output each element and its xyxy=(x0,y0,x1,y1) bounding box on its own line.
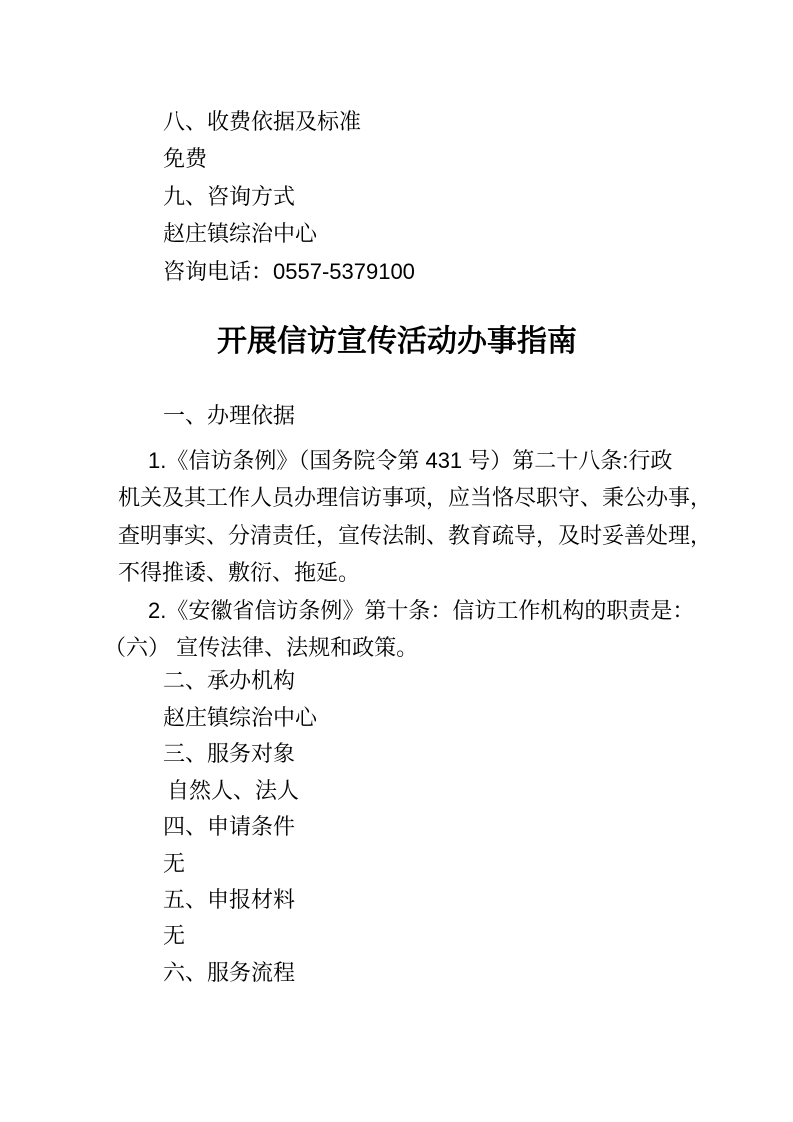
audience-heading: 三、服务对象 xyxy=(118,736,687,772)
process-heading: 六、服务流程 xyxy=(118,955,687,991)
basis-item2-paragraph: 2.《安徽省信访条例》第十条：信访工作机构的职责是： （六） 宣传法律、法规和政… xyxy=(118,592,687,667)
consult-method-heading: 九、咨询方式 xyxy=(118,178,687,215)
basis-item2-line2: （六） 宣传法律、法规和政策。 xyxy=(104,629,687,666)
basis-item1-line4: 不得推诿、敷衍、拖延。 xyxy=(118,554,687,591)
basis-item2-line1: 2.《安徽省信访条例》第十条：信访工作机构的职责是： xyxy=(118,592,687,629)
agency-value: 赵庄镇综治中心 xyxy=(118,700,687,736)
condition-value: 无 xyxy=(118,846,687,882)
document-content: 八、收费依据及标准 免费 九、咨询方式 赵庄镇综治中心 咨询电话：0557-53… xyxy=(0,0,793,991)
page-title: 开展信访宣传活动办事指南 xyxy=(107,320,687,364)
basis-heading: 一、办理依据 xyxy=(118,397,687,434)
condition-heading: 四、申请条件 xyxy=(118,809,687,845)
fee-value: 免费 xyxy=(118,140,687,177)
agency-heading: 二、承办机构 xyxy=(118,663,687,699)
fee-basis-heading: 八、收费依据及标准 xyxy=(118,103,687,140)
basis-item1-paragraph: 1.《信访条例》（国务院令第 431 号）第二十八条:行政 机关及其工作人员办理… xyxy=(118,442,687,592)
basis-item1-line3: 查明事实、分清责任，宣传法制、教育疏导，及时妥善处理， xyxy=(118,517,687,554)
materials-heading: 五、申报材料 xyxy=(118,882,687,918)
materials-value: 无 xyxy=(118,918,687,954)
audience-value: 自然人、法人 xyxy=(118,773,687,809)
basis-item1-line1: 1.《信访条例》（国务院令第 431 号）第二十八条:行政 xyxy=(118,442,687,479)
consult-org: 赵庄镇综治中心 xyxy=(118,215,687,252)
consult-phone: 咨询电话：0557-5379100 xyxy=(118,253,687,290)
basis-item1-line2: 机关及其工作人员办理信访事项，应当恪尽职守、秉公办事， xyxy=(118,479,687,516)
document-page: 八、收费依据及标准 免费 九、咨询方式 赵庄镇综治中心 咨询电话：0557-53… xyxy=(0,0,793,1122)
